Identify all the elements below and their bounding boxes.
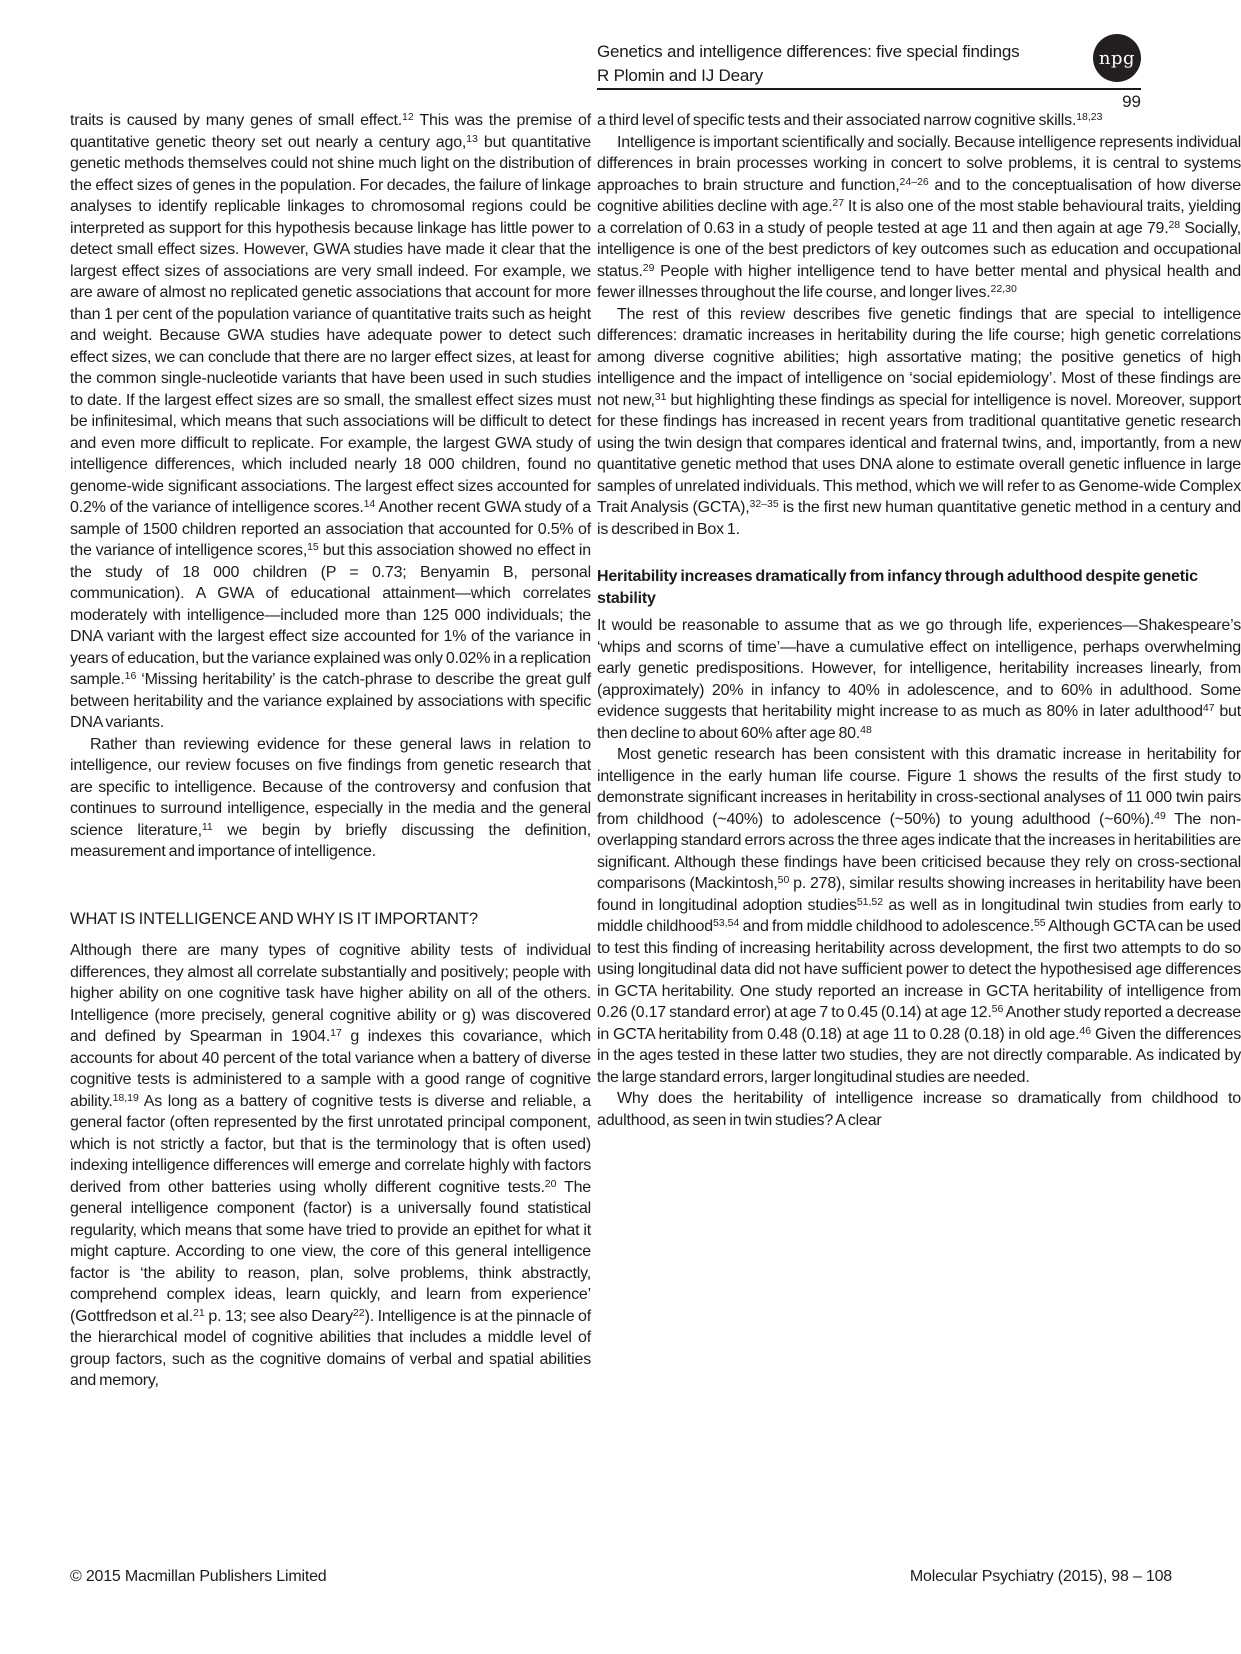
paragraph: Although there are many types of cogniti…	[70, 940, 591, 1392]
journal-reference: Molecular Psychiatry (2015), 98 – 108	[597, 1568, 1172, 1586]
paragraph: Intelligence is important scientifically…	[597, 132, 1241, 304]
running-title: Genetics and intelligence differences: f…	[597, 40, 1067, 64]
paragraph: traits is caused by many genes of small …	[70, 110, 591, 734]
reference-superscript: 22	[353, 1307, 365, 1319]
copyright-notice: © 2015 Macmillan Publishers Limited	[70, 1568, 326, 1586]
page-number: 99	[597, 92, 1141, 112]
paragraph: Why does the heritability of intelligenc…	[597, 1088, 1241, 1131]
reference-superscript: 18,23	[1076, 111, 1102, 123]
reference-superscript: 29	[643, 262, 655, 274]
paragraph: It would be reasonable to assume that as…	[597, 615, 1241, 744]
reference-superscript: 27	[832, 197, 844, 209]
reference-superscript: 53,54	[713, 917, 739, 929]
reference-superscript: 32–35	[750, 498, 779, 510]
authors: R Plomin and IJ Deary	[597, 64, 1067, 88]
paragraph: Most genetic research has been consisten…	[597, 744, 1241, 1088]
reference-superscript: 11	[202, 821, 213, 833]
reference-superscript: 47	[1203, 702, 1215, 714]
reference-superscript: 50	[778, 874, 790, 886]
reference-superscript: 24–26	[900, 176, 929, 188]
npg-logo: npg	[1093, 34, 1141, 82]
reference-superscript: 28	[1168, 219, 1180, 231]
left-column: traits is caused by many genes of small …	[70, 110, 591, 1392]
reference-superscript: 49	[1154, 810, 1166, 822]
paragraph: The rest of this review describes five g…	[597, 304, 1241, 541]
reference-superscript: 20	[545, 1178, 557, 1190]
section-subheading: Heritability increases dramatically from…	[597, 566, 1241, 609]
reference-superscript: 46	[1079, 1025, 1091, 1037]
reference-superscript: 13	[466, 133, 478, 145]
reference-superscript: 31	[655, 391, 667, 403]
reference-superscript: 48	[860, 724, 872, 736]
section-heading: WHAT IS INTELLIGENCE AND WHY IS IT IMPOR…	[70, 909, 591, 931]
reference-superscript: 18,19	[113, 1092, 139, 1104]
journal-page: Genetics and intelligence differences: f…	[0, 0, 1241, 1654]
reference-superscript: 56	[992, 1003, 1004, 1015]
paragraph: Rather than reviewing evidence for these…	[70, 734, 591, 863]
reference-superscript: 22,30	[991, 283, 1017, 295]
reference-superscript: 14	[364, 498, 376, 510]
header-rule	[597, 88, 1141, 90]
reference-superscript: 55	[1034, 917, 1046, 929]
reference-superscript: 12	[402, 111, 414, 123]
right-column: a third level of specific tests and thei…	[597, 110, 1241, 1131]
reference-superscript: 15	[307, 541, 319, 553]
reference-superscript: 21	[193, 1307, 205, 1319]
reference-superscript: 17	[330, 1027, 342, 1039]
paragraph: a third level of specific tests and thei…	[597, 110, 1241, 132]
npg-logo-text: npg	[1099, 48, 1135, 69]
reference-superscript: 51,52	[857, 896, 883, 908]
reference-superscript: 16	[125, 670, 137, 682]
page-header: Genetics and intelligence differences: f…	[597, 40, 1067, 88]
